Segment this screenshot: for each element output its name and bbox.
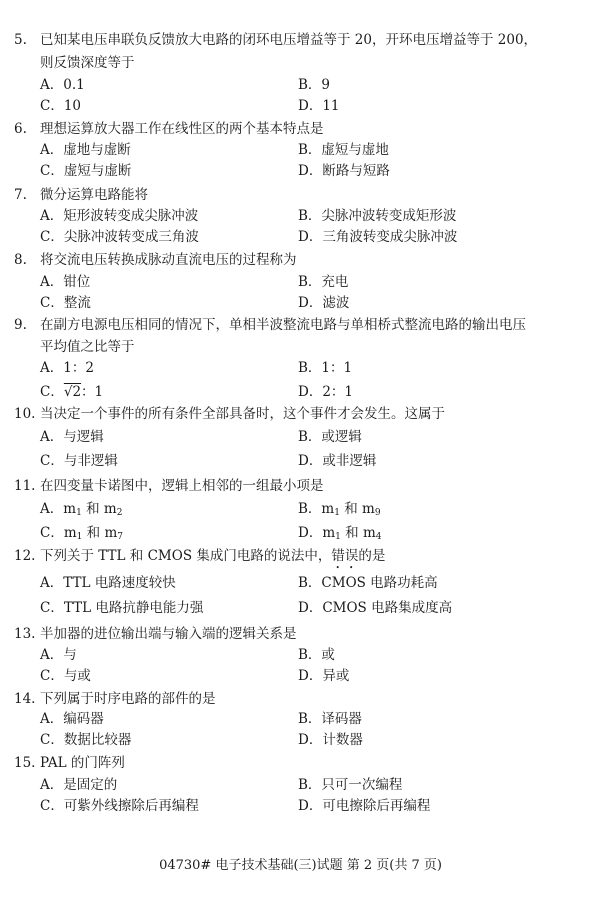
option-a: A．0.1 (40, 76, 85, 94)
emphasized-word: 错误 (331, 548, 358, 564)
question-text: 已知某电压串联负反馈放大电路的闭环电压增益等于 20，开环电压增益等于 200， (40, 31, 537, 49)
option-c: C．m1 和 m7 (40, 524, 123, 546)
option-c: C．TTL 电路抗静电能力强 (40, 599, 203, 617)
option-b: B．尖脉冲波转变成矩形波 (298, 207, 456, 225)
option-b: B．充电 (298, 273, 348, 291)
question-number: 6. (14, 120, 27, 138)
option-a: A．1：2 (40, 359, 94, 377)
question-text: 当决定一个事件的所有条件全部具备时，这个事件才会发生。这属于 (40, 405, 445, 423)
question-number: 8. (14, 251, 27, 269)
question-text: 下列关于 TTL 和 CMOS 集成门电路的说法中，错误的是 (40, 547, 385, 572)
question-number: 11. (14, 477, 35, 495)
option-d: D．滤波 (298, 294, 349, 312)
option-c: C．与非逻辑 (40, 452, 118, 470)
option-a: A．钳位 (40, 273, 90, 291)
option-a: A．TTL 电路速度较快 (40, 574, 176, 592)
question-number: 13. (14, 625, 35, 643)
option-d: D．计数器 (298, 731, 363, 749)
question-text: 下列属于时序电路的部件的是 (40, 690, 216, 708)
question-number: 12. (14, 547, 35, 565)
option-d: D．断路与短路 (298, 162, 390, 180)
option-d: D．异或 (298, 667, 349, 685)
question-number: 5. (14, 31, 27, 49)
option-d: D．2：1 (298, 383, 353, 401)
option-c: C．√2：1 (40, 383, 103, 401)
question-text-cont: 平均值之比等于 (40, 338, 135, 356)
question-number: 14. (14, 690, 35, 708)
option-d: D．CMOS 电路集成度高 (298, 599, 452, 617)
option-c: C．与或 (40, 667, 91, 685)
option-b: B．只可一次编程 (298, 776, 402, 794)
option-d: D．m1 和 m4 (298, 524, 381, 546)
option-a: A．矩形波转变成尖脉冲波 (40, 207, 198, 225)
question-text: 在四变量卡诺图中，逻辑上相邻的一组最小项是 (40, 477, 324, 495)
option-b: B．m1 和 m9 (298, 500, 381, 522)
question-number: 10. (14, 405, 35, 423)
option-c: C．尖脉冲波转变成三角波 (40, 228, 199, 246)
option-c: C．可紫外线擦除后再编程 (40, 797, 199, 815)
option-c: C．整流 (40, 294, 91, 312)
question-number: 9. (14, 316, 27, 334)
page-footer: 04730# 电子技术基础(三)试题 第 2 页(共 7 页) (0, 857, 601, 875)
option-a: A．是固定的 (40, 776, 117, 794)
option-c: C．虚短与虚断 (40, 162, 131, 180)
option-c: C．数据比较器 (40, 731, 131, 749)
option-a: A．虚地与虚断 (40, 141, 131, 159)
question-text: 微分运算电路能将 (40, 186, 148, 204)
option-b: B．或逻辑 (298, 428, 362, 446)
question-text: 理想运算放大器工作在线性区的两个基本特点是 (40, 120, 324, 138)
option-d: D．或非逻辑 (298, 452, 376, 470)
option-d: D．可电擦除后再编程 (298, 797, 430, 815)
option-b: B．虚短与虚地 (298, 141, 389, 159)
question-text: 半加器的进位输出端与输入端的逻辑关系是 (40, 625, 297, 643)
option-b: B．译码器 (298, 710, 362, 728)
option-b: B．CMOS 电路功耗高 (298, 574, 438, 592)
option-b: B．或 (298, 646, 335, 664)
option-b: B．9 (298, 76, 330, 94)
question-text: PAL 的门阵列 (40, 754, 125, 772)
option-b: B．1：1 (298, 359, 352, 377)
question-text-cont: 则反馈深度等于 (40, 54, 135, 72)
option-a: A．编码器 (40, 710, 104, 728)
question-number: 15. (14, 754, 35, 772)
option-d: D．11 (298, 97, 340, 115)
question-text: 在副方电源电压相同的情况下，单相半波整流电路与单相桥式整流电路的输出电压 (40, 316, 526, 334)
sqrt-symbol: √2 (64, 383, 81, 401)
option-a: A．与逻辑 (40, 428, 104, 446)
option-c: C．10 (40, 97, 81, 115)
option-a: A．与 (40, 646, 77, 664)
question-number: 7. (14, 186, 27, 204)
question-text: 将交流电压转换成脉动直流电压的过程称为 (40, 251, 297, 269)
option-d: D．三角波转变成尖脉冲波 (298, 228, 457, 246)
option-a: A．m1 和 m2 (40, 500, 122, 522)
